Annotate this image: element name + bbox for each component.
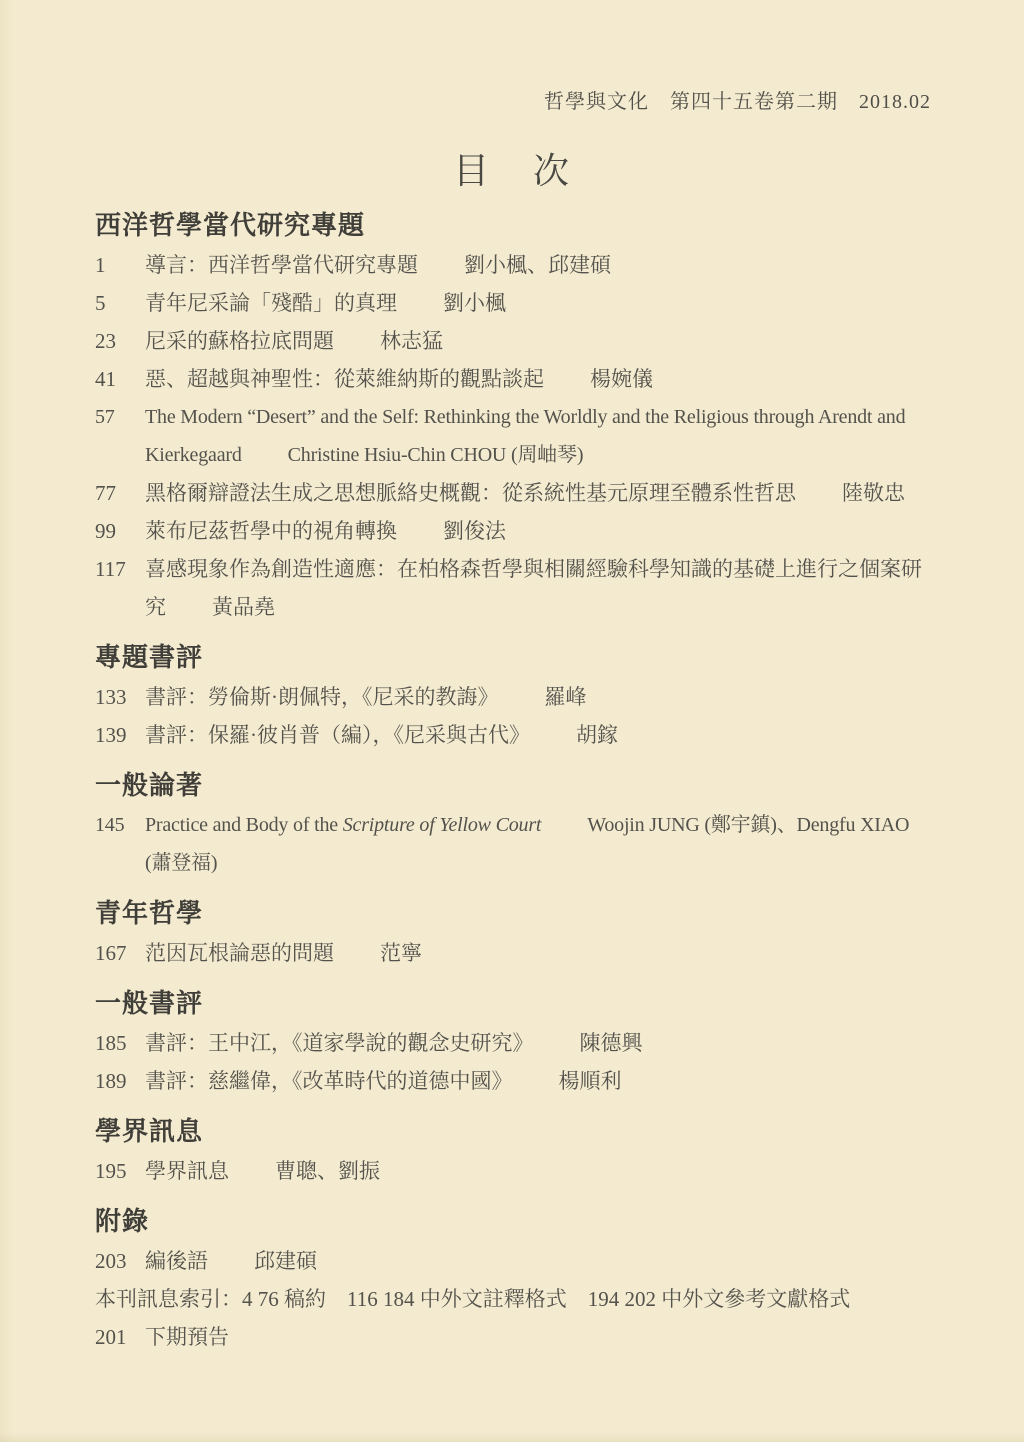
entry-body: 書評：保羅·彼肖普（編），《尼采與古代》胡鎵 bbox=[145, 716, 931, 754]
entry-title: 導言：西洋哲學當代研究專題 bbox=[145, 253, 418, 277]
entry-authors: 林志猛 bbox=[380, 329, 443, 353]
toc-entry: 117 喜感現象作為創造性適應：在柏格森哲學與相關經驗科學知識的基礎上進行之個案… bbox=[95, 550, 931, 626]
page-number: 1 bbox=[95, 246, 145, 284]
entry-title: 書評：勞倫斯·朗佩特，《尼采的教誨》 bbox=[145, 685, 499, 709]
toc-entry: 195 學界訊息曹聰、劉振 bbox=[95, 1152, 931, 1190]
toc-page: 哲學與文化 第四十五卷第二期 2018.02 目 次 西洋哲學當代研究專題 1 … bbox=[95, 88, 931, 1356]
entry-body: Practice and Body of the Scripture of Ye… bbox=[145, 806, 931, 882]
toc-entry: 189 書評：慈繼偉，《改革時代的道德中國》楊順利 bbox=[95, 1062, 931, 1100]
page-number: 189 bbox=[95, 1062, 145, 1100]
entry-title-prefix: Practice and Body of the bbox=[145, 814, 343, 836]
entry-body: 書評：勞倫斯·朗佩特，《尼采的教誨》羅峰 bbox=[145, 678, 931, 716]
page-number: 117 bbox=[95, 550, 145, 626]
entry-title: 學界訊息 bbox=[145, 1159, 229, 1183]
toc-entry: 167 范因瓦根論惡的問題范寧 bbox=[95, 934, 931, 972]
entry-body: 編後語邱建碩 bbox=[145, 1242, 931, 1280]
entry-authors: 范寧 bbox=[380, 941, 422, 965]
entry-body: 惡、超越與神聖性：從萊維納斯的觀點談起楊婉儀 bbox=[145, 360, 931, 398]
entry-authors: Christine Hsiu-Chin CHOU (周岫琴) bbox=[288, 444, 584, 466]
entry-authors: 胡鎵 bbox=[576, 723, 618, 747]
toc-entry: 203 編後語邱建碩 bbox=[95, 1242, 931, 1280]
footer-next-issue: 201 下期預告 bbox=[95, 1318, 931, 1356]
entry-body: The Modern “Desert” and the Self: Rethin… bbox=[145, 398, 931, 474]
entry-authors: 劉俊法 bbox=[443, 519, 506, 543]
page-number: 41 bbox=[95, 360, 145, 398]
entry-body: 書評：慈繼偉，《改革時代的道德中國》楊順利 bbox=[145, 1062, 931, 1100]
toc-entry: 77 黑格爾辯證法生成之思想脈絡史概觀：從系統性基元原理至體系性哲思陸敬忠 bbox=[95, 474, 931, 512]
entry-body: 萊布尼茲哲學中的視角轉換劉俊法 bbox=[145, 512, 931, 550]
entry-title: 惡、超越與神聖性：從萊維納斯的觀點談起 bbox=[145, 367, 544, 391]
entry-authors: Woojin JUNG (鄭宇鎮)、Dengfu XIAO bbox=[587, 814, 909, 836]
entry-authors: 劉小楓 bbox=[443, 291, 506, 315]
entry-body: 導言：西洋哲學當代研究專題劉小楓、邱建碩 bbox=[145, 246, 931, 284]
entry-title: 書評：王中江，《道家學說的觀念史研究》 bbox=[145, 1031, 534, 1055]
toc-entry: 23 尼采的蘇格拉底問題林志猛 bbox=[95, 322, 931, 360]
page-number: 23 bbox=[95, 322, 145, 360]
entry-body: 范因瓦根論惡的問題范寧 bbox=[145, 934, 931, 972]
entry-authors-line2: (蕭登福) bbox=[145, 844, 217, 882]
entry-body: 學界訊息曹聰、劉振 bbox=[145, 1152, 931, 1190]
entry-title: 編後語 bbox=[145, 1249, 208, 1273]
page-number: 167 bbox=[95, 934, 145, 972]
section-heading: 西洋哲學當代研究專題 bbox=[95, 206, 931, 244]
page-number: 185 bbox=[95, 1024, 145, 1062]
page-title: 目 次 bbox=[95, 148, 931, 194]
toc-entry: 133 書評：勞倫斯·朗佩特，《尼采的教誨》羅峰 bbox=[95, 678, 931, 716]
page-number: 195 bbox=[95, 1152, 145, 1190]
entry-authors: 陳德興 bbox=[580, 1031, 643, 1055]
page-number: 203 bbox=[95, 1242, 145, 1280]
page-number: 145 bbox=[95, 806, 145, 882]
page-number: 201 bbox=[95, 1318, 145, 1356]
entry-body: 下期預告 bbox=[145, 1318, 931, 1356]
toc-entry: 185 書評：王中江，《道家學說的觀念史研究》陳德興 bbox=[95, 1024, 931, 1062]
page-number: 77 bbox=[95, 474, 145, 512]
page-number: 133 bbox=[95, 678, 145, 716]
entry-authors: 楊婉儀 bbox=[590, 367, 653, 391]
section-heading: 一般論著 bbox=[95, 766, 931, 804]
entry-title: 黑格爾辯證法生成之思想脈絡史概觀：從系統性基元原理至體系性哲思 bbox=[145, 481, 796, 505]
toc-entry: 41 惡、超越與神聖性：從萊維納斯的觀點談起楊婉儀 bbox=[95, 360, 931, 398]
toc-entry: 57 The Modern “Desert” and the Self: Ret… bbox=[95, 398, 931, 474]
page-number: 57 bbox=[95, 398, 145, 474]
entry-body: 尼采的蘇格拉底問題林志猛 bbox=[145, 322, 931, 360]
entry-title: 書評：慈繼偉，《改革時代的道德中國》 bbox=[145, 1069, 513, 1093]
toc-entry: 1 導言：西洋哲學當代研究專題劉小楓、邱建碩 bbox=[95, 246, 931, 284]
section-heading: 一般書評 bbox=[95, 984, 931, 1022]
entry-authors: 曹聰、劉振 bbox=[275, 1159, 380, 1183]
toc-entry: 5 青年尼采論「殘酷」的真理劉小楓 bbox=[95, 284, 931, 322]
entry-title-italic: Scripture of Yellow Court bbox=[343, 814, 542, 836]
entry-authors: 黃品堯 bbox=[212, 595, 275, 619]
section-heading: 青年哲學 bbox=[95, 894, 931, 932]
page-number: 5 bbox=[95, 284, 145, 322]
entry-authors: 陸敬忠 bbox=[842, 481, 905, 505]
journal-header: 哲學與文化 第四十五卷第二期 2018.02 bbox=[95, 88, 931, 116]
page-number: 139 bbox=[95, 716, 145, 754]
toc-entry: 145 Practice and Body of the Scripture o… bbox=[95, 806, 931, 882]
entry-body: 黑格爾辯證法生成之思想脈絡史概觀：從系統性基元原理至體系性哲思陸敬忠 bbox=[145, 474, 931, 512]
page-number: 99 bbox=[95, 512, 145, 550]
toc-entry: 139 書評：保羅·彼肖普（編），《尼采與古代》胡鎵 bbox=[95, 716, 931, 754]
entry-body: 書評：王中江，《道家學說的觀念史研究》陳德興 bbox=[145, 1024, 931, 1062]
footer-index-line: 本刊訊息索引：4 76 稿約 116 184 中外文註釋格式 194 202 中… bbox=[95, 1280, 931, 1318]
entry-body: 喜感現象作為創造性適應：在柏格森哲學與相關經驗科學知識的基礎上進行之個案研究黃品… bbox=[145, 550, 931, 626]
entry-authors: 楊順利 bbox=[559, 1069, 622, 1093]
entry-authors: 邱建碩 bbox=[254, 1249, 317, 1273]
entry-authors: 劉小楓、邱建碩 bbox=[464, 253, 611, 277]
section-heading: 專題書評 bbox=[95, 638, 931, 676]
section-heading: 學界訊息 bbox=[95, 1112, 931, 1150]
entry-title: 萊布尼茲哲學中的視角轉換 bbox=[145, 519, 397, 543]
entry-body: 青年尼采論「殘酷」的真理劉小楓 bbox=[145, 284, 931, 322]
entry-title: 范因瓦根論惡的問題 bbox=[145, 941, 334, 965]
entry-title: 書評：保羅·彼肖普（編），《尼采與古代》 bbox=[145, 723, 530, 747]
entry-title: 尼采的蘇格拉底問題 bbox=[145, 329, 334, 353]
entry-authors: 羅峰 bbox=[545, 685, 587, 709]
entry-title: 下期預告 bbox=[145, 1325, 229, 1349]
toc-entry: 99 萊布尼茲哲學中的視角轉換劉俊法 bbox=[95, 512, 931, 550]
section-heading: 附錄 bbox=[95, 1202, 931, 1240]
entry-title: 青年尼采論「殘酷」的真理 bbox=[145, 291, 397, 315]
